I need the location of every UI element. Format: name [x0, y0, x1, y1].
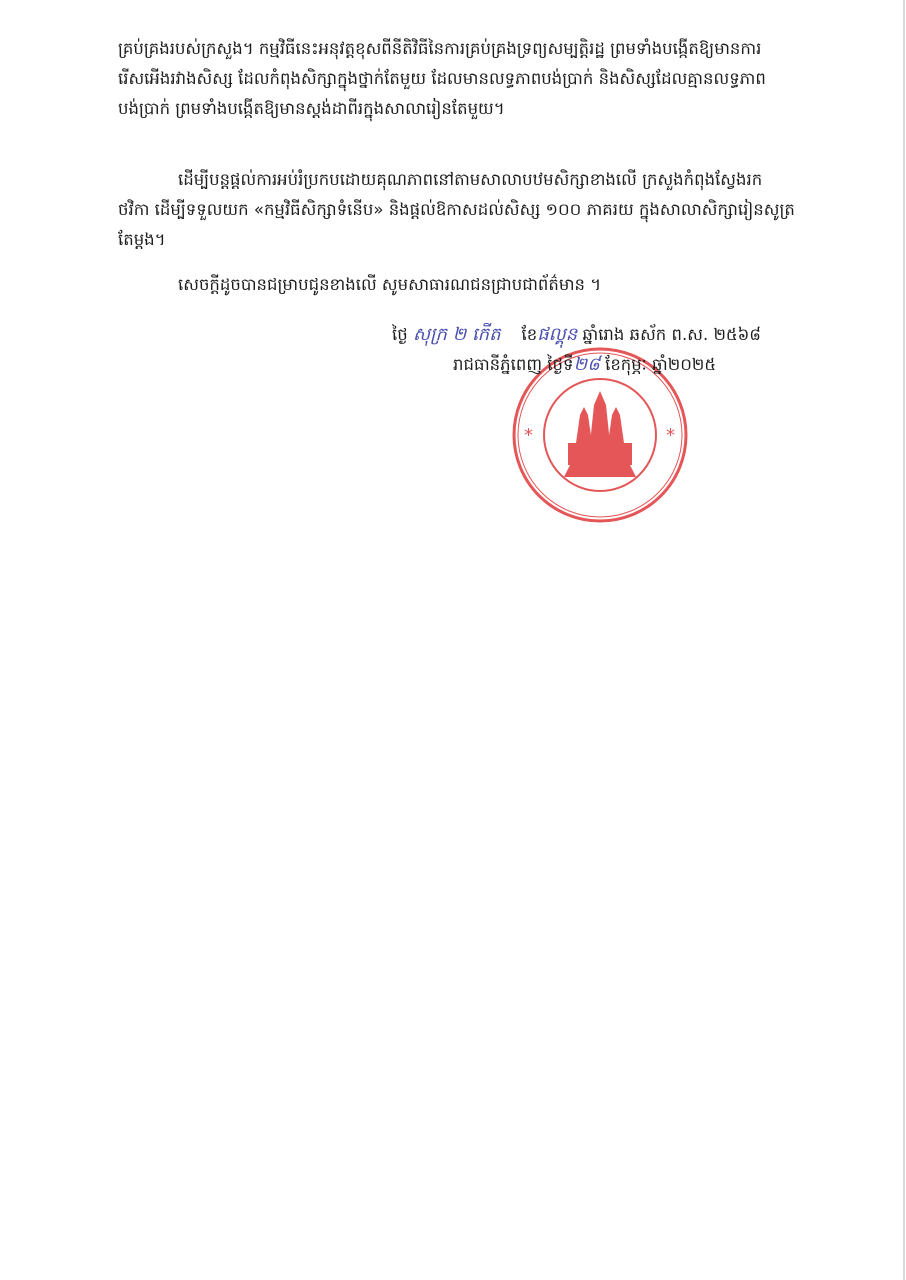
text-line: តែម្តង។ — [118, 225, 830, 255]
handwritten-month: ផល្គុន — [537, 324, 577, 345]
month-year: ខែកុម្ភៈ ឆ្នាំ២០២៥ — [605, 355, 716, 374]
text-line: ថវិកា ដើម្បីទទួលយក «កម្មវិធីសិក្សាទំនើប»… — [118, 195, 830, 225]
text-line: សេចក្តីដូចបានជម្រាបជូនខាងលើ សូមសាធារណជនជ… — [118, 270, 830, 300]
day-prefix: ថ្ងៃ — [392, 325, 408, 344]
solar-date-line: រាជធានីភ្នំពេញ ថ្ងៃទី២៨ ខែកុម្ភៈ ឆ្នាំ២០… — [453, 352, 716, 379]
paragraph-3: សេចក្តីដូចបានជម្រាបជូនខាងលើ សូមសាធារណជនជ… — [118, 270, 830, 300]
temple-emblem-icon — [564, 391, 636, 477]
text-line: ដើម្បីបន្តផ្តល់ការអប់រំប្រកបដោយគុណភាពនៅត… — [118, 165, 830, 195]
svg-text:*: * — [666, 425, 675, 446]
text-line: រើសអើងរវាងសិស្ស ដែលកំពុងសិក្សាក្នុងថ្នាក… — [118, 64, 830, 94]
svg-text:*: * — [524, 425, 533, 446]
paragraph-1: គ្រប់គ្រងរបស់ក្រសួង។ កម្មវិធីនេះអនុវត្តខ… — [118, 34, 830, 124]
place-date-prefix: រាជធានីភ្នំពេញ ថ្ងៃទី — [453, 355, 573, 374]
lunar-date-line: ថ្ងៃ សុក្រ ២ កើត ខែផល្គុន ឆ្នាំរោង ឆស័ក … — [392, 322, 761, 349]
month-label: ខែ — [522, 325, 538, 344]
text-line: បង់ប្រាក់ ព្រមទាំងបង្កើតឱ្យមានស្តង់ដាពីរ… — [118, 94, 830, 124]
paragraph-2: ដើម្បីបន្តផ្តល់ការអប់រំប្រកបដោយគុណភាពនៅត… — [118, 165, 830, 255]
lunar-year: ឆ្នាំរោង ឆស័ក ព.ស. ២៥៦៨ — [582, 325, 761, 344]
handwritten-day: សុក្រ ២ កើត — [413, 324, 501, 345]
handwritten-date: ២៨ — [573, 354, 599, 375]
text-line: គ្រប់គ្រងរបស់ក្រសួង។ កម្មវិធីនេះអនុវត្តខ… — [118, 34, 830, 64]
page-edge — [903, 0, 905, 1280]
